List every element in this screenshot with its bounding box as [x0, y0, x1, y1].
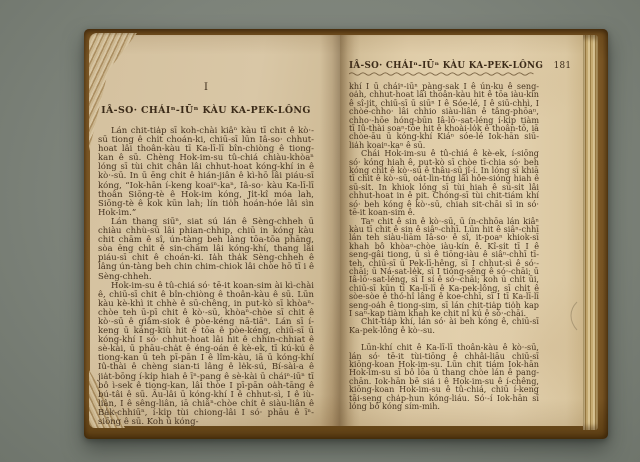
pencil-mark [566, 301, 579, 331]
running-header: IÂ-SO· CHÁIⁿ-IŪⁿ KÀU KA-PEK-LÔNG 181 [349, 61, 539, 71]
left-page-text-block: I IÂ-SO· CHÁIⁿ-IŪⁿ KÀU KA-PEK-LÔNG Lán c… [98, 83, 314, 427]
running-title: IÂ-SO· CHÁIⁿ-IŪⁿ KÀU KA-PEK-LÔNG [349, 61, 543, 71]
header-wavy-rule [349, 72, 539, 76]
left-page-paragraph-1: Lán chit-tia̍p sī koh-chài kiâⁿ kàu tī c… [98, 127, 314, 218]
right-page-text-block: IÂ-SO· CHÁIⁿ-IŪⁿ KÀU KA-PEK-LÔNG 181 khí… [349, 61, 539, 410]
right-page-paragraph-5: Lūn-khí chit ê Ka-lī-lī thoân-kàu ê kò·-… [349, 343, 539, 410]
left-page-paragraph-3: Hok-im-su ê tû-chiá só· tē-it koan-sim à… [98, 282, 314, 428]
photo-background: I IÂ-SO· CHÁIⁿ-IŪⁿ KÀU KA-PEK-LÔNG Lán c… [0, 0, 640, 462]
right-page-paragraph-1: khí I ū cháiⁿ-iūⁿ pàng-sak I ê ún-ku ê s… [349, 82, 539, 149]
right-page: IÂ-SO· CHÁIⁿ-IŪⁿ KÀU KA-PEK-LÔNG 181 khí… [340, 35, 583, 426]
right-page-paragraph-4: Chit-tia̍p khí, lán só· ài beh kóng ê, c… [349, 317, 539, 334]
left-page-paragraph-2: Lán thang siūⁿ, siat sú lán ê Sèng-chheh… [98, 218, 314, 282]
page-number: 181 [554, 61, 572, 71]
left-page: I IÂ-SO· CHÁIⁿ-IŪⁿ KÀU KA-PEK-LÔNG Lán c… [90, 35, 340, 426]
chapter-number: I [98, 83, 314, 93]
book: I IÂ-SO· CHÁIⁿ-IŪⁿ KÀU KA-PEK-LÔNG Lán c… [84, 29, 608, 439]
right-page-paragraph-2: Chái Hok-im-su ê tû-chiá ê kè-ek, í-siōn… [349, 149, 539, 216]
chapter-title: IÂ-SO· CHÁIⁿ-IŪⁿ KÀU KA-PEK-LÔNG [98, 105, 314, 116]
book-fore-edge-right [583, 35, 598, 430]
right-page-paragraph-3: Taⁿ chit ê sin ê kò·-sū, ū ín-chhōa lán … [349, 217, 539, 318]
